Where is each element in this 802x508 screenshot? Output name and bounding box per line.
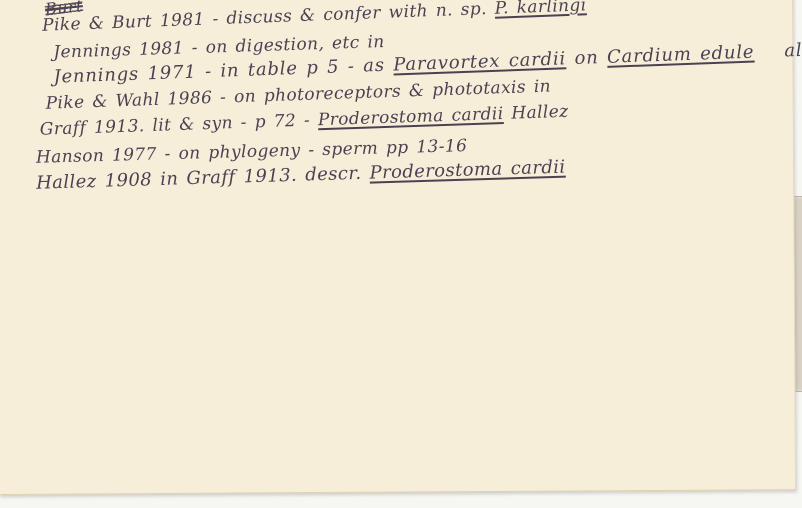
citation-text: Graff 1913. lit & syn - p 72 -: [39, 110, 318, 139]
handwritten-line-pike-burt-1981: Pike & Burt 1981 - discuss & confer with…: [42, 0, 587, 36]
index-card: Burt Pike & Burt 1981 - discuss & confer…: [0, 0, 796, 495]
citation-text: Hallez 1908 in Graff 1913. descr.: [36, 163, 370, 194]
page-note: also p 11: [784, 37, 802, 61]
author-name: Hallez: [503, 102, 569, 124]
species-name: Paravortex cardii: [393, 48, 566, 75]
citation-text: Pike & Burt 1981 - discuss & confer with…: [42, 0, 495, 36]
species-name: Cardium edule: [607, 42, 755, 68]
species-name: P. karlingi: [494, 0, 587, 19]
citation-text: on: [566, 47, 608, 69]
species-name: Proderostoma cardii: [318, 104, 504, 130]
scanned-page: Burt Pike & Burt 1981 - discuss & confer…: [0, 0, 802, 508]
species-name: Proderostoma cardii: [369, 157, 566, 184]
